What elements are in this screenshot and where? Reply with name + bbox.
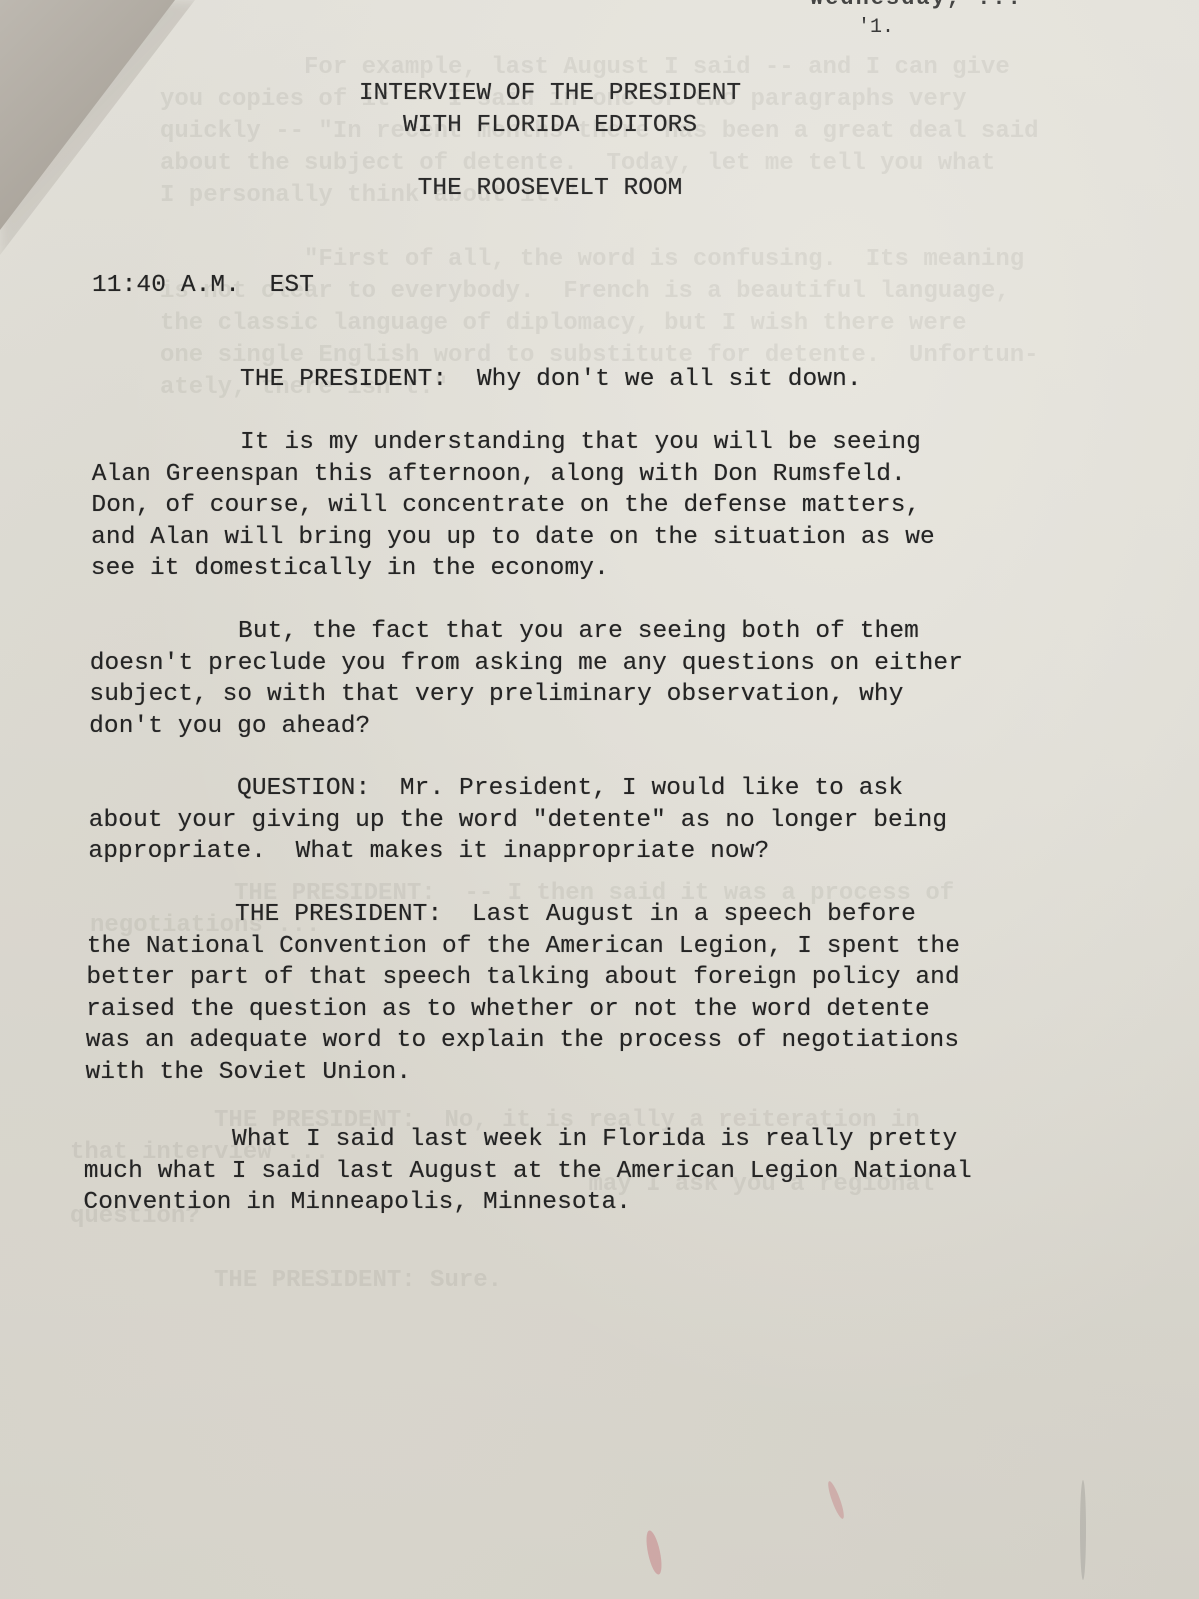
time-stamp: 11:40 A.M. EST: [92, 270, 314, 302]
transcript-line: THE PRESIDENT: Why don't we all sit down…: [92, 364, 862, 396]
transcript-line: raised the question as to whether or not…: [86, 994, 930, 1026]
transcript-line: about your giving up the word "detente" …: [89, 805, 948, 837]
transcript-line: subject, so with that very preliminary o…: [89, 679, 903, 711]
transcript-line: don't you go ahead?: [89, 711, 370, 743]
transcript-line: see it domestically in the economy.: [91, 553, 609, 585]
page-number: '1.: [858, 16, 894, 39]
cut-off-header-text: Wednesday, ...: [810, 0, 1023, 11]
transcript-line: the National Convention of the American …: [87, 931, 960, 963]
transcript-line: What I said last week in Florida is real…: [84, 1124, 957, 1156]
transcript-line: Convention in Minneapolis, Minnesota.: [83, 1187, 631, 1219]
transcript-line: Alan Greenspan this afternoon, along wit…: [92, 459, 906, 491]
transcript-line: better part of that speech talking about…: [86, 962, 959, 994]
transcript-line: doesn't preclude you from asking me any …: [90, 648, 963, 680]
transcript-line: Don, of course, will concentrate on the …: [91, 490, 920, 522]
transcript-line: But, the fact that you are seeing both o…: [90, 616, 919, 648]
title-line-1: INTERVIEW OF THE PRESIDENT: [0, 78, 1100, 109]
title-line-2: WITH FLORIDA EDITORS: [0, 110, 1100, 141]
transcript-line: THE PRESIDENT: Last August in a speech b…: [87, 899, 916, 931]
location-heading: THE ROOSEVELT ROOM: [0, 173, 1100, 204]
transcript-line: QUESTION: Mr. President, I would like to…: [89, 773, 903, 805]
transcript-line: was an adequate word to explain the proc…: [86, 1025, 959, 1057]
transcript-line: It is my understanding that you will be …: [92, 427, 921, 459]
transcript-line: much what I said last August at the Amer…: [84, 1156, 972, 1188]
transcript-line: and Alan will bring you up to date on th…: [91, 522, 935, 554]
transcript-line: appropriate. What makes it inappropriate…: [88, 836, 769, 868]
transcript-line: with the Soviet Union.: [86, 1057, 412, 1089]
